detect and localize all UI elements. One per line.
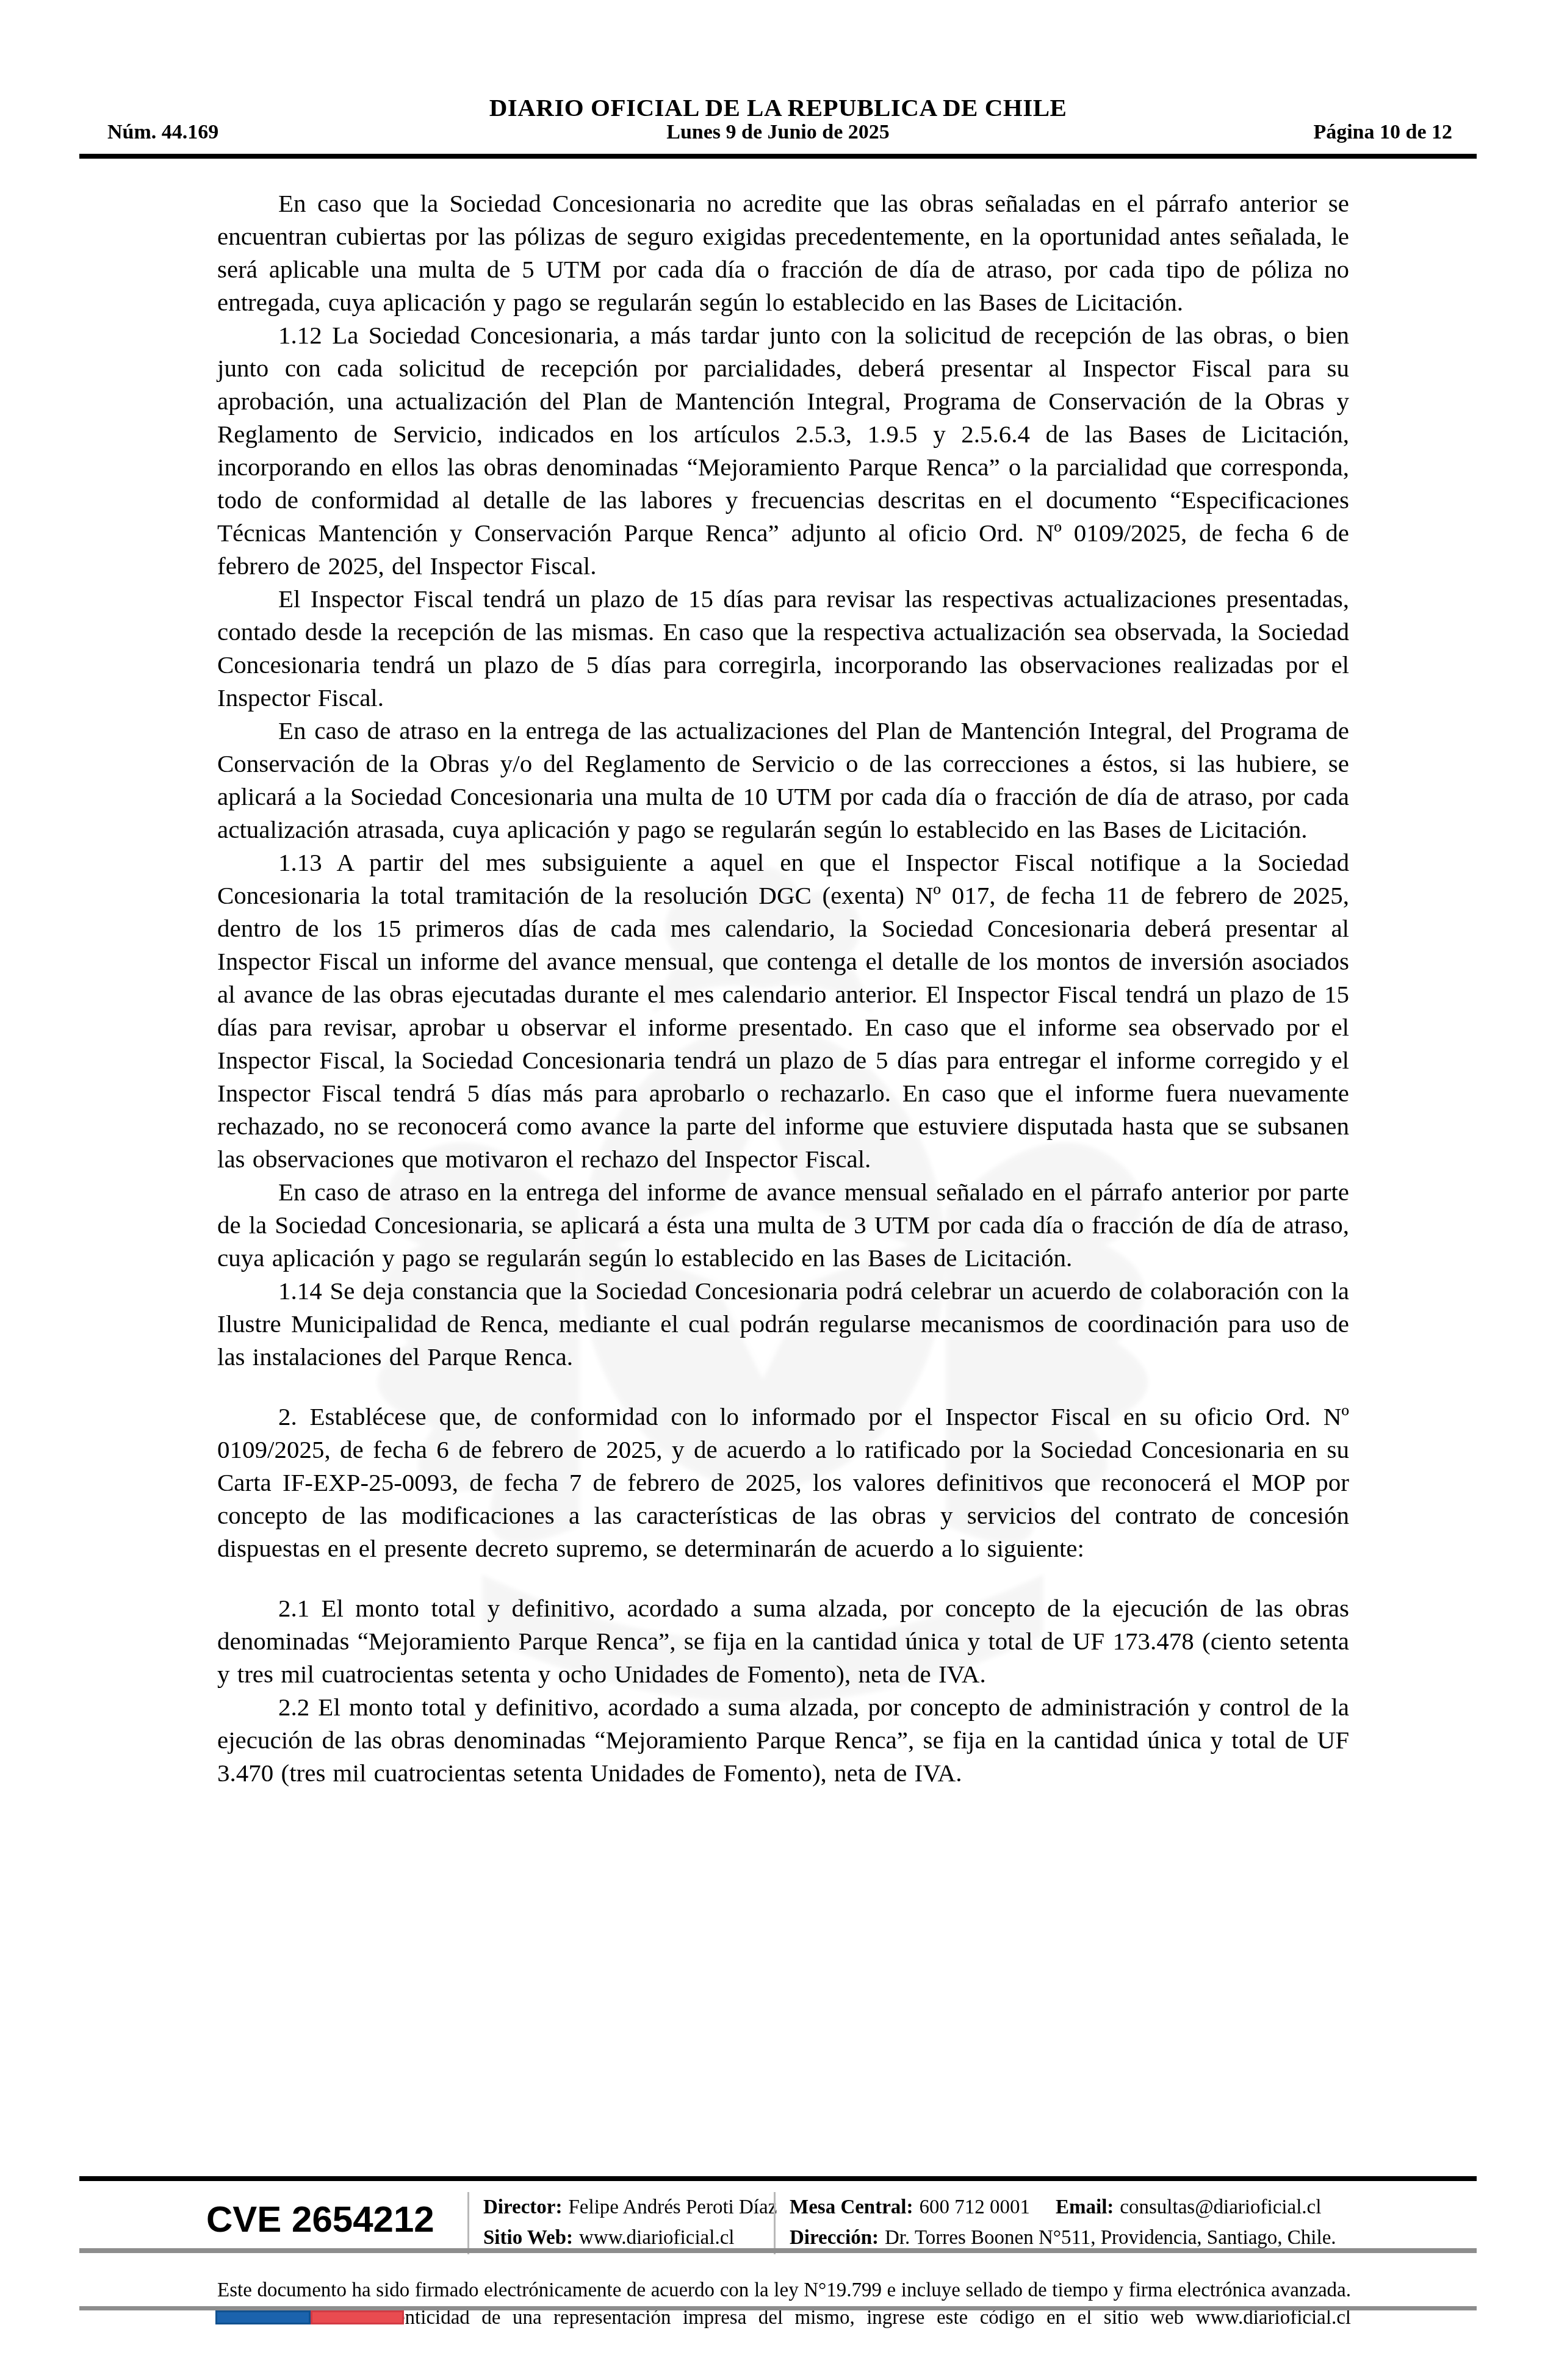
masthead-title: DIARIO OFICIAL DE LA REPUBLICA DE CHILE <box>0 93 1556 122</box>
website-label: Sitio Web: <box>483 2227 573 2249</box>
director-row: Director:Felipe Andrés Peroti Díaz <box>483 2192 777 2223</box>
phone-email-row: Mesa Central:600 712 0001Email:consultas… <box>790 2192 1336 2223</box>
paragraph-2-establecese: 2. Establécese que, de conformidad con l… <box>217 1400 1349 1565</box>
email-address: consultas@diarioficial.cl <box>1120 2196 1321 2218</box>
director-label: Director: <box>483 2196 562 2218</box>
paragraph-2-2-monto: 2.2 El monto total y definitivo, acordad… <box>217 1690 1349 1789</box>
decree-text-body: En caso que la Sociedad Concesionaria no… <box>217 187 1349 1789</box>
email-label: Email: <box>1056 2196 1114 2218</box>
footer-contact-column: Mesa Central:600 712 0001Email:consultas… <box>790 2192 1336 2253</box>
paragraph-multa-10utm: En caso de atraso en la entrega de las a… <box>217 714 1349 846</box>
cve-code: CVE 2654212 <box>206 2198 434 2240</box>
website-url: www.diarioficial.cl <box>579 2227 734 2249</box>
header-rule <box>79 154 1477 159</box>
paragraph-multa-3utm: En caso de atraso en la entrega del info… <box>217 1175 1349 1274</box>
paragraph-multa-polizas: En caso que la Sociedad Concesionaria no… <box>217 187 1349 319</box>
chile-flag-red-block <box>311 2310 404 2324</box>
paragraph-plazo-revision: El Inspector Fiscal tendrá un plazo de 1… <box>217 582 1349 714</box>
footer-divider-1 <box>467 2192 469 2254</box>
footer-divider-2 <box>774 2192 776 2254</box>
chile-flag-blue-block <box>215 2310 311 2324</box>
paragraph-1-13: 1.13 A partir del mes subsiguiente a aqu… <box>217 846 1349 1175</box>
footer-rule <box>79 2176 1477 2181</box>
address-value: Dr. Torres Boonen N°511, Providencia, Sa… <box>885 2227 1336 2249</box>
footer-gray-rule <box>79 2248 1477 2253</box>
footer-director-column: Director:Felipe Andrés Peroti Díaz Sitio… <box>483 2192 777 2253</box>
phone-label: Mesa Central: <box>790 2196 913 2218</box>
paragraph-1-14: 1.14 Se deja constancia que la Sociedad … <box>217 1274 1349 1373</box>
address-label: Dirección: <box>790 2227 879 2249</box>
document-page: DIARIO OFICIAL DE LA REPUBLICA DE CHILE … <box>0 0 1556 2380</box>
page-indicator: Página 10 de 12 <box>1313 121 1452 144</box>
header-meta-row: Núm. 44.169 Lunes 9 de Junio de 2025 Pág… <box>0 121 1556 148</box>
paragraph-1-12: 1.12 La Sociedad Concesionaria, a más ta… <box>217 319 1349 582</box>
bottom-gray-rule <box>79 2306 1477 2310</box>
director-name: Felipe Andrés Peroti Díaz <box>568 2196 777 2218</box>
phone-number: 600 712 0001 <box>920 2196 1031 2218</box>
paragraph-2-1-monto: 2.1 El monto total y definitivo, acordad… <box>217 1592 1349 1690</box>
